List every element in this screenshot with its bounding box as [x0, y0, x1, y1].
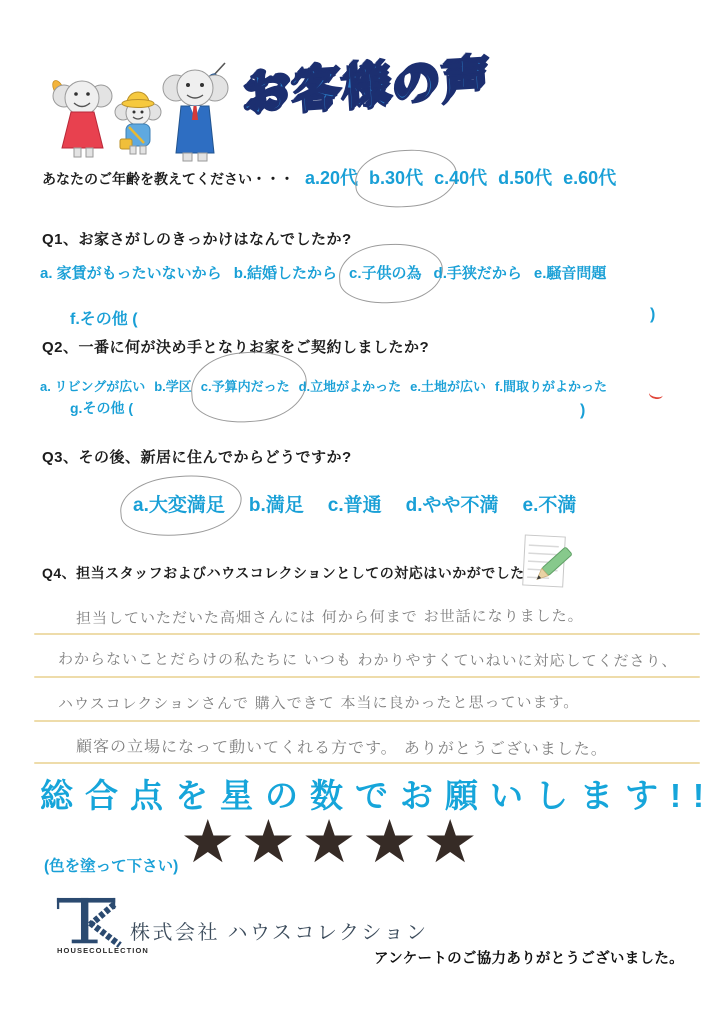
- star-icon: ★: [301, 813, 362, 873]
- q2-option-d: d.立地がよかった: [299, 376, 402, 395]
- q3-option-e: e.不満: [523, 490, 577, 517]
- q3-options-row: a.大変満足 b.満足 c.普通 d.やや不満 e.不満: [133, 490, 576, 517]
- handwritten-answer-3: ハウスコレクションさんで 購入できて 本当に良かったと思っています。: [58, 691, 579, 714]
- age-option-d: d.50代: [498, 164, 552, 190]
- q4-label: Q4、担当スタッフおよびハウスコレクションとしての対応はいかがでしたか?: [42, 563, 548, 583]
- company-name: 株式会社 ハウスコレクション: [130, 916, 429, 945]
- q2-other-close-paren: ): [580, 402, 585, 420]
- ruled-line: [34, 720, 700, 722]
- ruled-line: [34, 676, 700, 678]
- logo-wordmark: HOUSECOLLECTION: [57, 946, 149, 955]
- elephant-family-icon: [50, 56, 232, 164]
- age-question-row: あなたのご年齢を教えてください・・・ a.20代 b.30代 c.40代 d.5…: [42, 164, 616, 190]
- age-question-label: あなたのご年齢を教えてください・・・: [42, 169, 294, 189]
- father-elephant: [163, 63, 228, 161]
- q3-option-a-selected: a.大変満足: [133, 490, 225, 517]
- age-option-a: a.20代: [305, 164, 358, 190]
- star-icon: ★: [180, 813, 241, 873]
- q2-option-f: f.間取りがよかった: [495, 376, 607, 395]
- mother-elephant: [51, 79, 112, 157]
- star-icon: ★: [422, 813, 483, 873]
- star-icon: ★: [241, 813, 302, 873]
- pencil-memo-icon: [520, 534, 582, 592]
- q1-option-d: d.手狭だから: [434, 262, 522, 283]
- q2-other-label: g.その他 (: [70, 398, 133, 418]
- q1-other-close-paren: ): [650, 306, 655, 324]
- q2-option-c-selected: c.予算内だった: [201, 376, 290, 395]
- q1-option-b: b.結婚したから: [234, 262, 337, 283]
- q3-option-c: c.普通: [328, 490, 382, 517]
- q2-option-e: e.土地が広い: [410, 376, 486, 395]
- q3-label: Q3、その後、新居に住んでからどうですか?: [42, 446, 352, 467]
- q1-other-label: f.その他 (: [70, 306, 138, 329]
- red-check-mark: [648, 388, 664, 400]
- ruled-line: [34, 633, 700, 635]
- q1-option-c-selected: c.子供の為: [349, 262, 422, 283]
- q2-option-b: b.学区: [154, 376, 192, 395]
- q1-options-row: a. 家賃がもったいないから b.結婚したから c.子供の為 d.手狭だから e…: [40, 262, 606, 283]
- age-option-e: e.60代: [563, 164, 616, 190]
- star-rating: ★★★★★: [180, 812, 483, 874]
- handwritten-answer-2: わからないことだらけの私たちに いつも わかりやすくていねいに対応してくださり、: [58, 648, 678, 671]
- q1-label: Q1、お家さがしのきっかけはなんでしたか?: [42, 228, 352, 249]
- survey-page: お客様の声 あなたのご年齢を教えてください・・・ a.20代 b.30代 c.4…: [0, 0, 720, 1018]
- q2-option-a: a. リビングが広い: [40, 376, 145, 395]
- handwritten-answer-4: 顧客の立場になって動いてくれる方です。 ありがとうございました。: [76, 734, 608, 760]
- q2-options-row: a. リビングが広い b.学区 c.予算内だった d.立地がよかった e.土地が…: [40, 376, 607, 395]
- thanks-message: アンケートのご協力ありがとうございました。: [374, 947, 684, 968]
- q1-option-e: e.騒音問題: [534, 262, 607, 283]
- q3-option-b: b.満足: [249, 490, 304, 517]
- q3-option-d: d.やや不満: [406, 490, 499, 517]
- q1-option-a: a. 家賃がもったいないから: [40, 262, 222, 283]
- color-in-instruction: (色を塗って下さい): [44, 854, 178, 876]
- tk-monogram-logo-icon: [56, 896, 130, 948]
- age-option-b-selected: b.30代: [369, 164, 423, 190]
- child-elephant: [115, 92, 161, 154]
- q2-label: Q2、一番に何が決め手となりお家をご契約しましたか?: [42, 336, 429, 357]
- ruled-line: [34, 762, 700, 764]
- handwritten-answer-1: 担当していただいた高畑さんには 何から何まで お世話になりました。: [76, 605, 584, 629]
- star-icon: ★: [362, 813, 423, 873]
- age-option-c: c.40代: [434, 164, 487, 190]
- page-title: お客様の声: [238, 44, 492, 126]
